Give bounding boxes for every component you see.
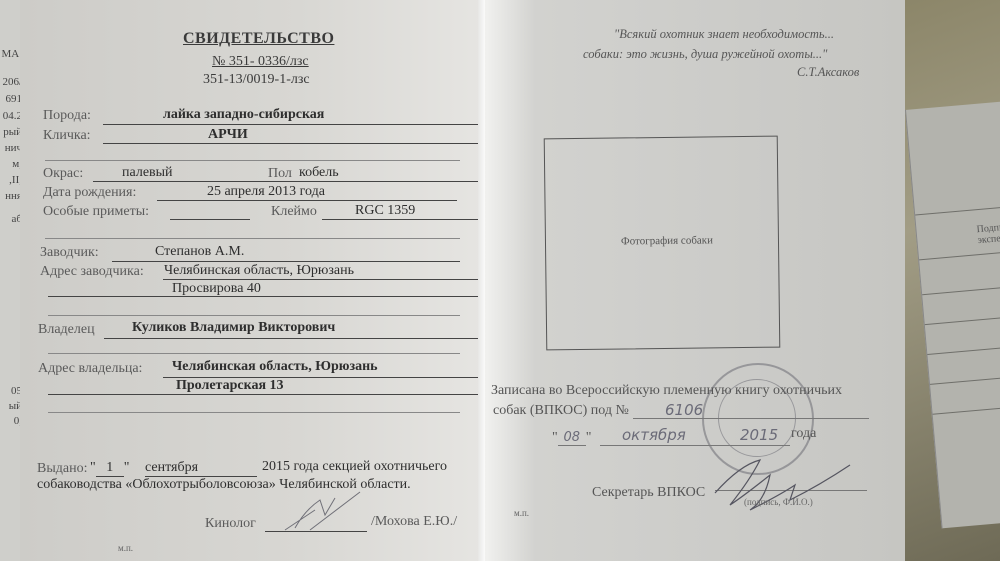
registry-year: 2015 (740, 426, 778, 444)
edge-text: МА. (0, 48, 22, 60)
owner-label: Владелец (38, 322, 95, 338)
cynologist-name: /Мохова Е.Ю./ (371, 514, 457, 530)
edge-text: аб (0, 213, 22, 225)
issued-year: 2015 года секцией охотничьего (262, 459, 447, 475)
brand-label: Клеймо (271, 204, 317, 220)
right-seal-mark: м.п. (514, 508, 529, 518)
certificate-number: № 351- 0336/лзс (212, 54, 309, 70)
edge-text: 0, (0, 415, 22, 427)
registry-line2: собак (ВПКОС) под № (493, 403, 629, 419)
registry-day: 08 (558, 430, 586, 446)
name-value: АРЧИ (208, 127, 248, 143)
issued-month: сентября (145, 460, 257, 477)
issued-label: Выдано: (37, 461, 87, 477)
owner-address-line2: Пролетарская 13 (176, 378, 284, 394)
breeder-label: Заводчик: (40, 245, 99, 261)
secretary-label: Секретарь ВПКОС (592, 485, 705, 501)
edge-text: нич (0, 142, 22, 154)
edge-text: ,II, (0, 174, 22, 186)
certificate-subnumber: 351-13/0019-1-лзс (203, 72, 310, 88)
marks-label: Особые приметы: (43, 204, 149, 220)
dog-photo-placeholder: Фотография собаки (544, 136, 781, 351)
owner-address-label: Адрес владельца: (38, 361, 142, 377)
quote-line2: собаки: это жизнь, душа ружейной охоты..… (583, 47, 827, 62)
cynologist-label: Кинолог (205, 516, 256, 532)
breeder-address-line2: Просвирова 40 (172, 281, 261, 297)
brand-value: RGC 1359 (355, 203, 415, 219)
edge-text: 05 (0, 385, 22, 397)
registry-line1: Записана во Всероссийскую племенную книг… (491, 383, 842, 399)
edge-text: м, (0, 158, 22, 170)
edge-text: 691 (0, 93, 22, 105)
quote-author: С.Т.Аксаков (797, 65, 859, 80)
breeder-value: Степанов А.М. (155, 244, 244, 260)
birth-value: 25 апреля 2013 года (207, 184, 325, 200)
breed-label: Порода: (43, 108, 91, 124)
birth-label: Дата рождения: (43, 185, 136, 201)
owner-value: Куликов Владимир Викторович (132, 320, 335, 336)
registry-month: октября (622, 426, 686, 444)
issued-day: 1 (96, 460, 124, 477)
breed-value: лайка западно-сибирская (163, 107, 324, 123)
left-seal-mark: м.п. (118, 543, 133, 553)
color-value: палевый (122, 165, 173, 181)
quote-line1: "Всякий охотник знает необходимость... (614, 27, 834, 42)
sex-value: кобель (299, 165, 339, 181)
owner-address-line1: Челябинская область, Юрюзань (172, 359, 378, 375)
certificate-title: СВИДЕТЕЛЬСТВО (183, 30, 334, 48)
name-label: Кличка: (43, 128, 91, 144)
color-label: Окрас: (43, 166, 83, 182)
registry-number: 6106 (665, 401, 703, 419)
edge-text: ння (0, 190, 22, 202)
registry-year-suffix: года (791, 426, 816, 442)
cynologist-signature (275, 490, 365, 535)
edge-text: 206/ (0, 76, 22, 88)
breeder-address-label: Адрес заводчика: (40, 264, 144, 280)
background-sheet-header: Подпись эксперта (976, 220, 1000, 246)
photo-placeholder-label: Фотография собаки (621, 234, 713, 247)
edge-text: рый (0, 126, 22, 138)
edge-text: ый (0, 400, 22, 412)
sex-label: Пол (268, 166, 292, 182)
edge-text: 04.2 (0, 110, 22, 122)
signature-hint: (подпись, Ф.И.О.) (744, 497, 813, 507)
breeder-address-line1: Челябинская область, Юрюзань (164, 263, 354, 279)
